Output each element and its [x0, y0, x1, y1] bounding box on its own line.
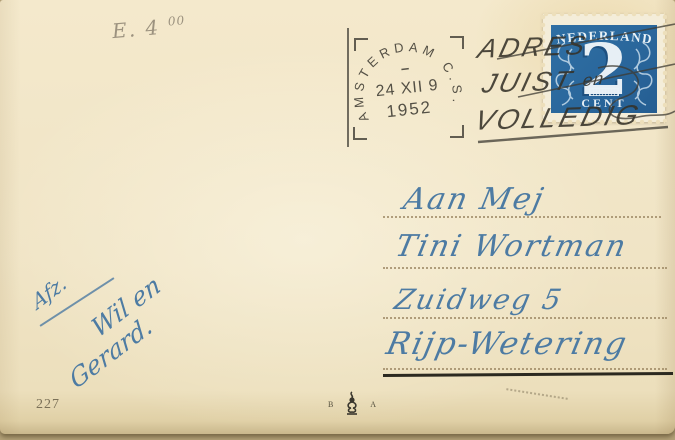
stamp-perforation-top: [543, 12, 665, 17]
publisher-mark: B A: [328, 390, 376, 420]
postcard-scan: E. 4 00 Aan Mej Tini Wortman Zuidweg 5 R…: [0, 0, 675, 440]
circular-datestamp: AMSTERDAM C.S. – 24 XII 9 1952: [344, 24, 469, 149]
cancel-bracket-bottom-left: [353, 127, 367, 140]
address-line-town: Rijp-Wetering: [383, 326, 631, 362]
datestamp-date: 24 XII 9: [358, 75, 457, 103]
stamp-design: NEDERLAND: [551, 25, 657, 113]
cancel-edge-bar: [347, 28, 349, 147]
cancel-bracket-top-right: [450, 36, 464, 49]
datestamp-year: 1952: [360, 95, 460, 125]
address-line-recipient-name: Tini Wortman: [392, 229, 630, 264]
publisher-letter-left: B: [328, 400, 333, 409]
postage-stamp: NEDERLAND: [543, 14, 665, 122]
publisher-emblem-icon: [344, 390, 360, 416]
stamp-perforation-right: [662, 14, 667, 122]
address-rule-4: [383, 368, 667, 370]
cancel-bracket-top-left: [354, 38, 368, 51]
address-line-street: Zuidweg 5: [391, 283, 566, 316]
postcard-back: E. 4 00 Aan Mej Tini Wortman Zuidweg 5 R…: [0, 0, 675, 434]
pencil-scribble: [506, 388, 568, 400]
pencil-price-main: E. 4: [111, 15, 161, 43]
address-underline: [383, 372, 673, 377]
address-line-recipient-title: Aan Mej: [400, 182, 548, 217]
address-rule-3: [383, 317, 667, 319]
stamp-imprint-tab: [589, 88, 619, 96]
address-rule-2: [383, 267, 667, 269]
catalog-number: 227: [36, 397, 60, 413]
stamp-perforation-bottom: [543, 119, 665, 124]
svg-text:AMSTERDAM C.S.: AMSTERDAM C.S.: [345, 34, 467, 125]
publisher-letter-right: A: [370, 400, 376, 409]
datestamp-city-arc: AMSTERDAM C.S.: [344, 24, 469, 149]
datestamp-dash: –: [391, 59, 419, 79]
stamp-perforation-left: [541, 14, 546, 122]
stamp-currency-label: CENT: [551, 96, 657, 111]
pencil-price-note: E. 4 00: [111, 13, 186, 43]
pencil-price-superscript: 00: [167, 13, 185, 28]
sender-note-abbrev: Afz.: [28, 270, 70, 315]
cancel-bracket-bottom-right: [450, 125, 464, 138]
datestamp-city-text: AMSTERDAM C.S.: [345, 34, 467, 125]
